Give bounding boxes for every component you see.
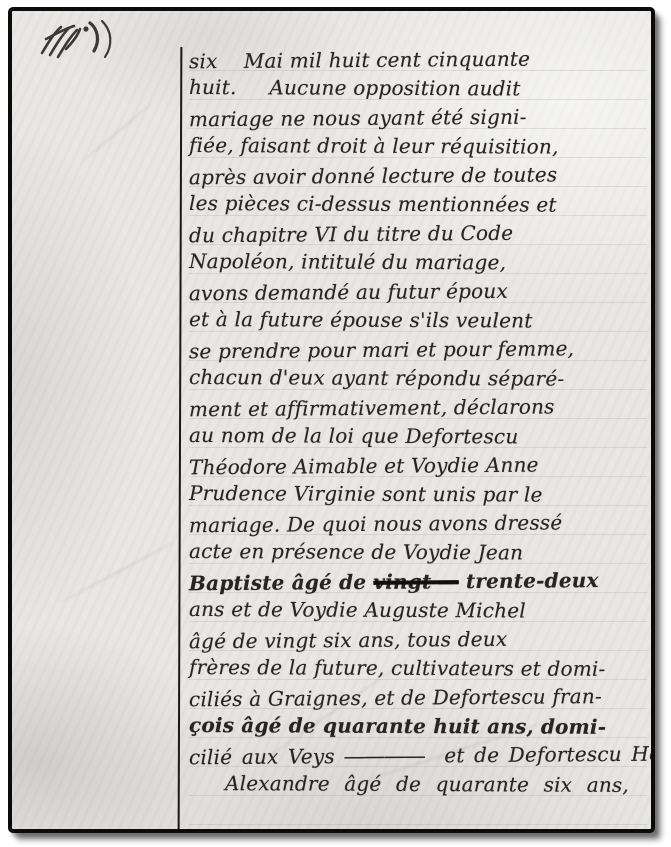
- manuscript-line: les pièces ci-dessus mentionnées et: [189, 189, 647, 220]
- manuscript-line: six Mai mil huit cent cinquante: [189, 44, 647, 77]
- struck-word: vingt ―: [373, 569, 459, 594]
- manuscript-line: du chapitre VI du titre du Code: [189, 218, 647, 251]
- manuscript-line: mariage ne nous ayant été signi-: [189, 102, 647, 135]
- manuscript-text: six Mai mil huit cent cinquante huit. Au…: [189, 45, 647, 829]
- registry-page-scan: six Mai mil huit cent cinquante huit. Au…: [8, 7, 655, 833]
- margin-rule: [178, 47, 183, 829]
- manuscript-line: ment et affirmativement, déclarons: [189, 392, 647, 425]
- manuscript-line: çois âgé de quarante huit ans, domi-: [189, 711, 647, 742]
- manuscript-line: Prudence Virginie sont unis par le: [189, 479, 647, 510]
- manuscript-line: après avoir donné lecture de toutes: [189, 160, 647, 193]
- manuscript-line: huit. Aucune opposition audit: [189, 73, 647, 104]
- manuscript-line: Napoléon, intitulé du mariage,: [189, 247, 647, 278]
- manuscript-line: fiée, faisant droit à leur réquisition,: [189, 131, 647, 162]
- manuscript-line: au nom de la loi que Defortescu: [189, 421, 647, 452]
- manuscript-line: cilié aux Veys ―――― et de Defortescu Her…: [189, 740, 647, 773]
- bleedthrough-mark: [59, 541, 175, 605]
- manuscript-line: frères de la future, cultivateurs et dom…: [189, 653, 647, 684]
- manuscript-line: chacun d'eux ayant répondu séparé-: [189, 363, 647, 394]
- ink-scribble-icon: [28, 13, 132, 69]
- scanned-document-view: six Mai mil huit cent cinquante huit. Au…: [0, 0, 671, 847]
- manuscript-line: se prendre pour mari et pour femme,: [189, 334, 647, 367]
- manuscript-line: ans et de Voydie Auguste Michel: [189, 595, 647, 626]
- manuscript-line: acte en présence de Voydie Jean: [189, 537, 647, 568]
- line-segment: Baptiste âgé de: [189, 570, 374, 595]
- manuscript-line: âgé de vingt six ans, tous deux: [189, 624, 647, 657]
- manuscript-line: Théodore Aimable et Voydie Anne: [189, 450, 647, 483]
- manuscript-line-with-correction: Baptiste âgé de vingt ― trente-deux: [189, 566, 647, 599]
- manuscript-line: et à la future épouse s'ils veulent: [189, 305, 647, 336]
- manuscript-line: mariage. De quoi nous avons dressé: [189, 508, 647, 541]
- manuscript-line: ciliés à Graignes, et de Defortescu fran…: [189, 682, 647, 715]
- manuscript-line: Alexandre âgé de quarante six ans,: [189, 769, 647, 800]
- manuscript-line: avons demandé au futur époux: [189, 276, 647, 309]
- bleedthrough-mark: [82, 102, 153, 162]
- line-segment: trente-deux: [459, 568, 599, 593]
